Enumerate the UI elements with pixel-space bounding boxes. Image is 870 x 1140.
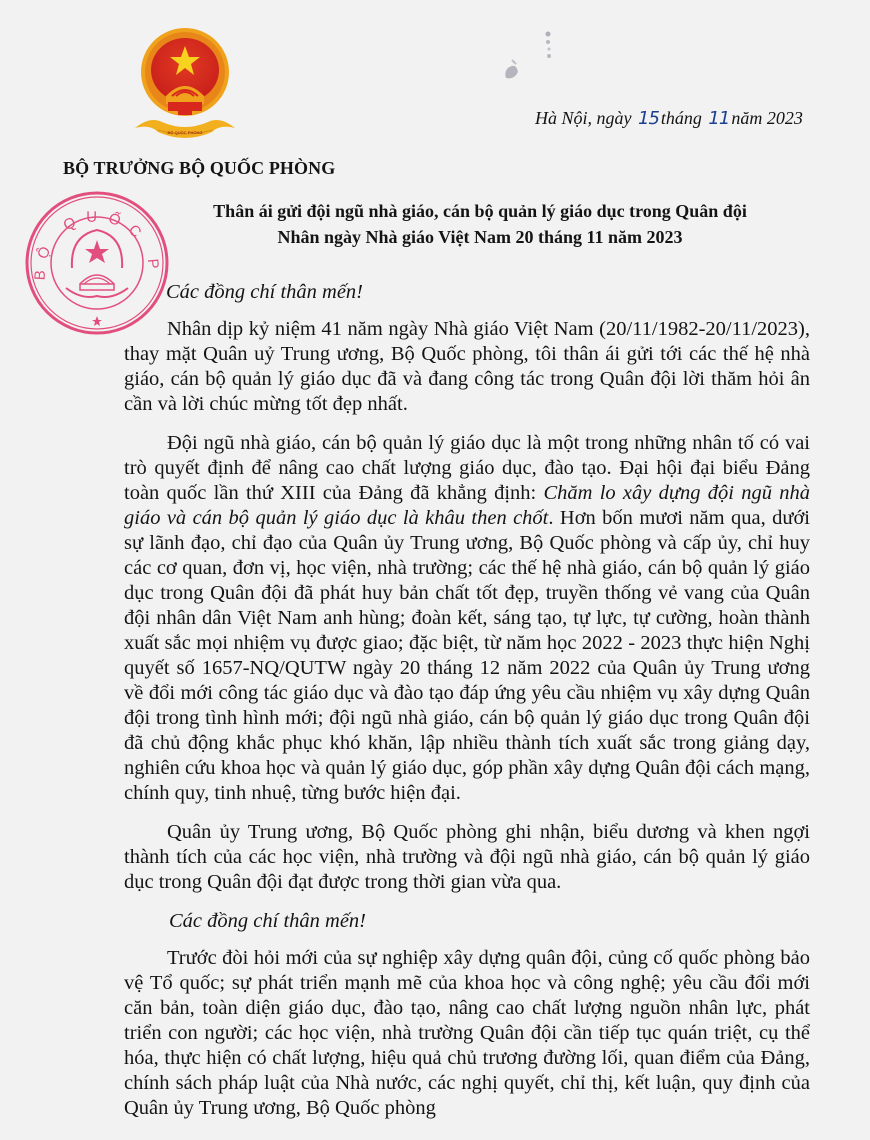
headline-line-1: Thân ái gửi đội ngũ nhà giáo, cán bộ quả… — [150, 198, 810, 224]
date-prefix: Hà Nội, ngày — [535, 108, 636, 128]
paragraph-2-text-b: . Hơn bốn mươi năm qua, dưới sự lãnh đạo… — [124, 507, 810, 804]
issuing-authority: BỘ TRƯỞNG BỘ QUỐC PHÒNG — [63, 158, 335, 179]
emblem-ribbon-text: BỘ QUỐC PHÒNG — [168, 130, 203, 135]
paragraph-2: Đội ngũ nhà giáo, cán bộ quản lý giáo dụ… — [124, 431, 810, 806]
seal-text: BỘ QUỐC PHÒNG — [22, 188, 163, 281]
date-year: năm 2023 — [731, 108, 803, 128]
letter-headline: Thân ái gửi đội ngũ nhà giáo, cán bộ quả… — [150, 198, 810, 250]
salutation-2: Các đồng chí thân mến! — [124, 909, 810, 934]
scan-marks — [490, 28, 570, 98]
date-day: 15 — [636, 108, 661, 129]
salutation: Các đồng chí thân mến! — [124, 280, 810, 305]
date-month-label: tháng — [661, 108, 707, 128]
date-month: 11 — [706, 108, 731, 129]
svg-text:BỘ QUỐC PHÒNG: BỘ QUỐC PHÒNG — [22, 188, 163, 281]
headline-line-2: Nhân ngày Nhà giáo Việt Nam 20 tháng 11 … — [150, 224, 810, 250]
national-emblem-icon: BỘ QUỐC PHÒNG — [130, 24, 240, 146]
paragraph-1: Nhân dịp kỷ niệm 41 năm ngày Nhà giáo Vi… — [124, 317, 810, 417]
letter-body: Các đồng chí thân mến! Nhân dịp kỷ niệm … — [124, 280, 810, 1135]
document-date: Hà Nội, ngày 15tháng 11năm 2023 — [535, 108, 803, 129]
paragraph-4: Trước đòi hỏi mới của sự nghiệp xây dựng… — [124, 946, 810, 1121]
paragraph-3: Quân ủy Trung ương, Bộ Quốc phòng ghi nh… — [124, 820, 810, 895]
document-page: BỘ QUỐC PHÒNG Hà Nội, ngày 15tháng 11năm… — [0, 0, 870, 1140]
